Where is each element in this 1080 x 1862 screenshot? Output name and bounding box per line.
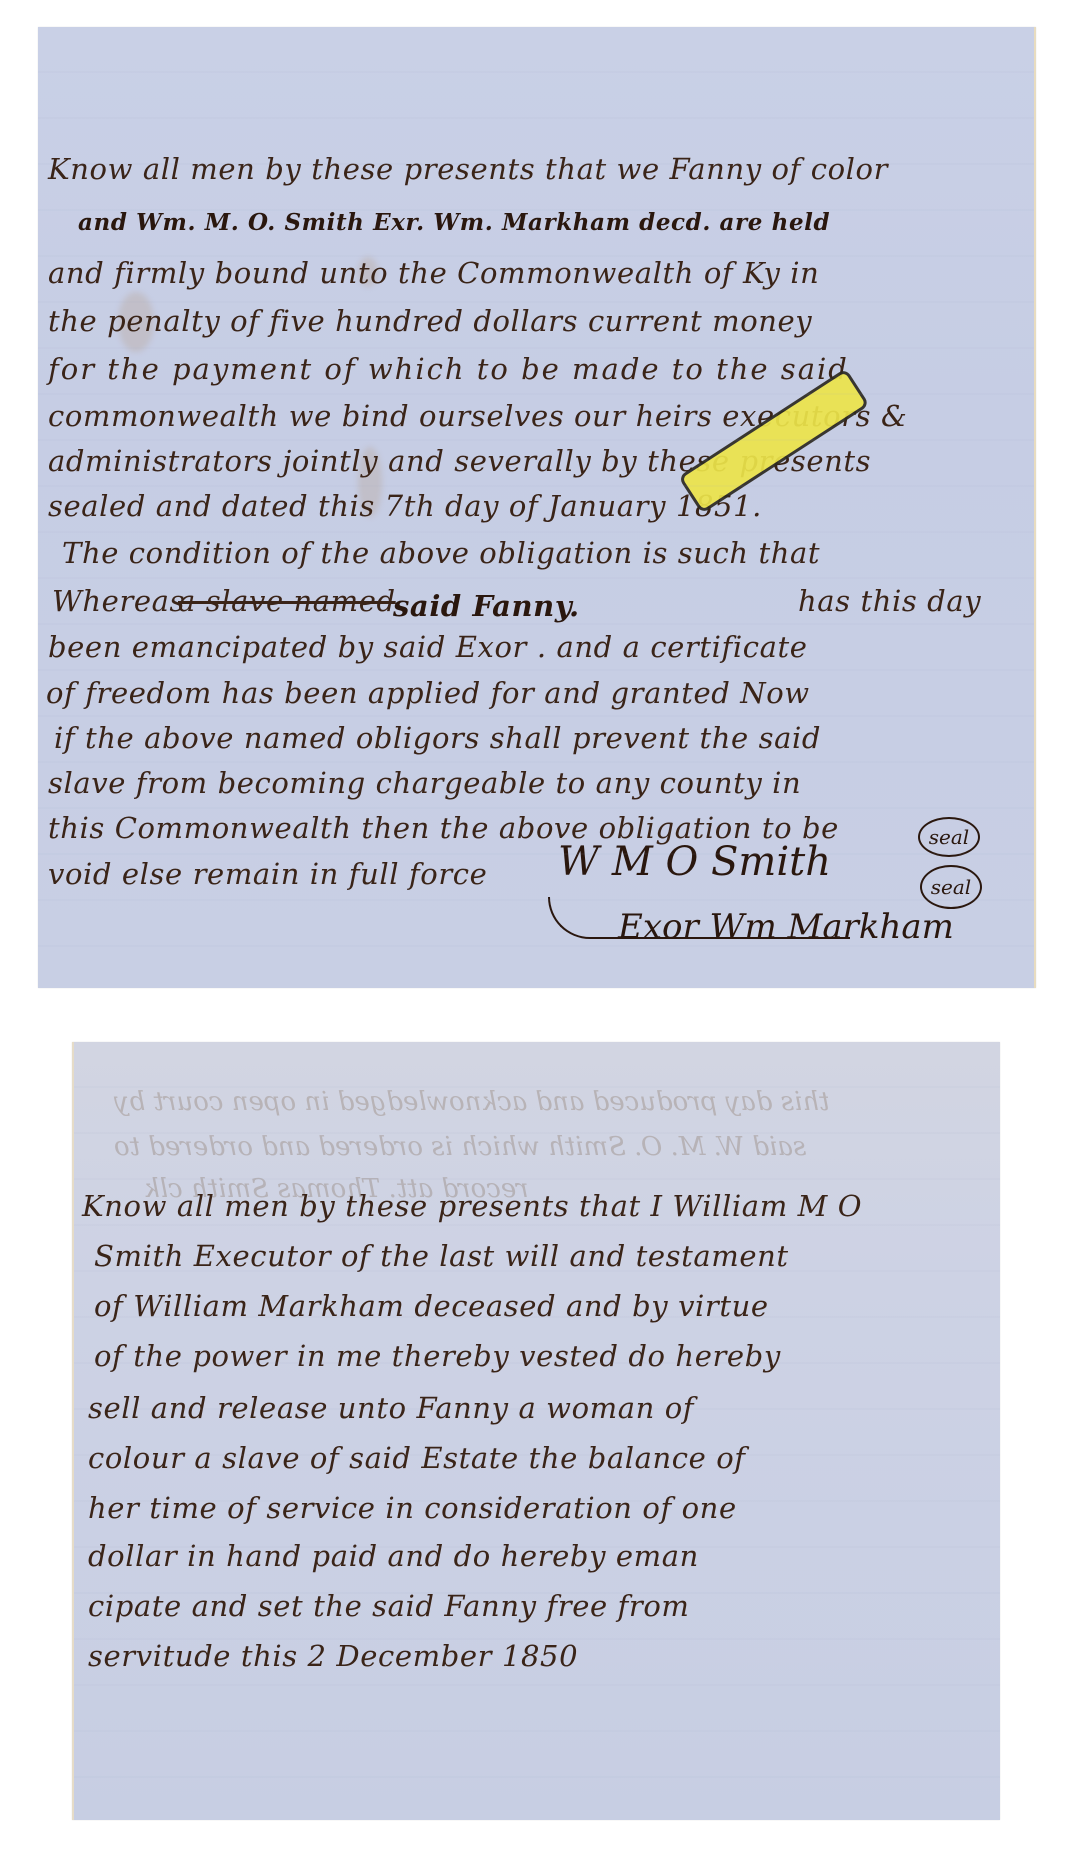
deed-line-1: Know all men by these presents that I Wi… — [82, 1192, 862, 1221]
deed-line-9: cipate and set the said Fanny free from — [88, 1592, 690, 1621]
bond-line-13: if the above named obligors shall preven… — [54, 724, 821, 753]
deed-line-10: servitude this 2 December 1850 — [88, 1642, 578, 1671]
deed-line-2: Smith Executor of the last will and test… — [94, 1242, 789, 1271]
signature-smith: W M O Smith — [558, 839, 831, 885]
bond-line-11: been emancipated by said Exor . and a ce… — [48, 633, 807, 662]
bond-line-5: for the payment of which to be made to t… — [48, 355, 849, 384]
yellow-redaction-highlight — [678, 368, 870, 514]
signature-executor-markham: Exor Wm Markham — [618, 907, 954, 947]
bond-line-10-whereas: Whereas — [52, 587, 185, 616]
deed-line-8: dollar in hand paid and do hereby eman — [88, 1542, 699, 1571]
bond-line-4: the penalty of five hundred dollars curr… — [48, 307, 812, 336]
bond-line-12: of freedom has been applied for and gran… — [46, 679, 810, 708]
bond-line-10-end: has this day — [798, 587, 981, 616]
bond-line-10-said-fanny: said Fanny. — [393, 592, 580, 621]
seal-mark-1: seal — [918, 817, 980, 857]
bond-line-1: Know all men by these presents that we F… — [48, 155, 888, 184]
struck-out-text: a slave named — [178, 587, 396, 616]
deed-line-3: of William Markham deceased and by virtu… — [94, 1292, 769, 1321]
document-page-deed-of-emancipation: this day produced and acknowledged in op… — [72, 1042, 1000, 1820]
deed-line-7: her time of service in consideration of … — [88, 1494, 737, 1523]
bleed-through-line-1: this day produced and acknowledged in op… — [114, 1087, 830, 1117]
deed-line-5: sell and release unto Fanny a woman of — [88, 1394, 694, 1423]
seal-mark-2: seal — [920, 865, 982, 909]
bond-line-3: and firmly bound unto the Commonwealth o… — [48, 259, 819, 288]
deed-line-6: colour a slave of said Estate the balanc… — [88, 1444, 746, 1473]
bond-line-14: slave from becoming chargeable to any co… — [48, 769, 801, 798]
deed-line-4: of the power in me thereby vested do her… — [94, 1342, 781, 1371]
bond-line-2: and Wm. M. O. Smith Exr. Wm. Markham dec… — [78, 211, 830, 234]
document-page-bond: Know all men by these presents that we F… — [38, 27, 1036, 988]
bond-line-8: sealed and dated this 7th day of January… — [48, 492, 762, 521]
bond-line-9: The condition of the above obligation is… — [62, 539, 820, 568]
bleed-through-line-2: said W. M. O. Smith which is ordered and… — [114, 1132, 806, 1162]
bond-line-16: void else remain in full force — [48, 860, 487, 889]
seal-label: seal — [929, 825, 969, 849]
seal-label: seal — [931, 875, 971, 899]
